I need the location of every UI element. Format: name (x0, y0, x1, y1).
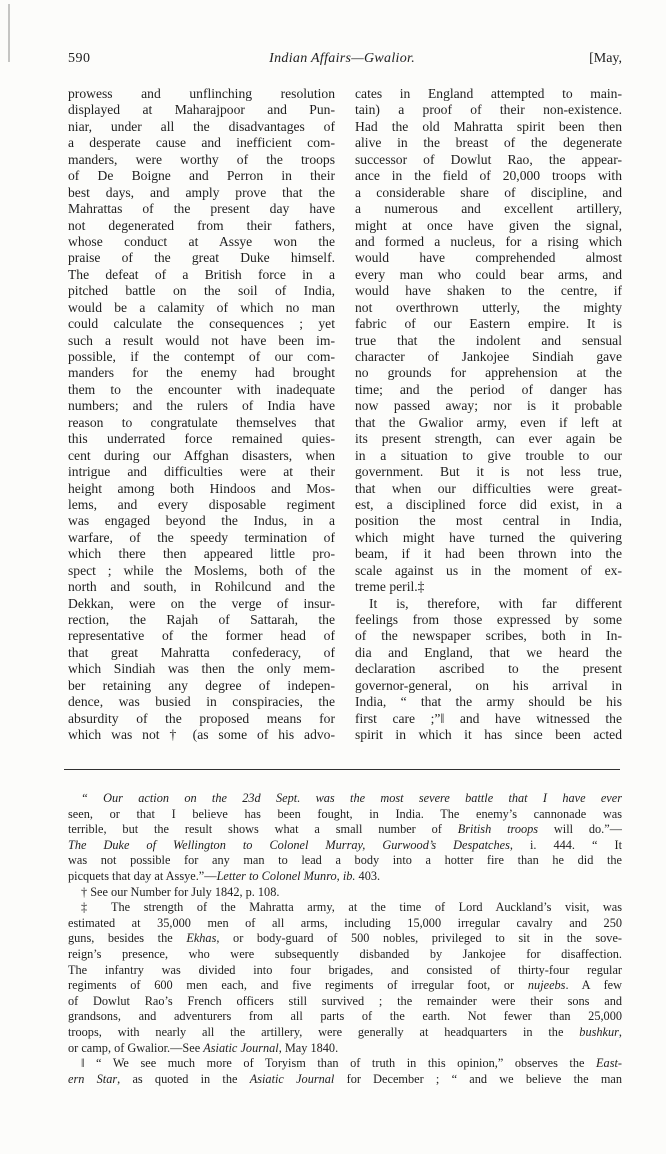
running-title: Indian Affairs—Gwalior. (269, 51, 415, 67)
text-line: declaration ascribed to the present (355, 661, 622, 677)
text-line: possible, if the contempt of our com- (68, 349, 335, 365)
text-line: est, a disciplined force did exist, in a (355, 497, 622, 513)
text-line: ern Star, as quoted in the Asiatic Journ… (68, 1072, 622, 1088)
text-line: manders, were worthy of the troops (68, 152, 335, 168)
text-line: was engaged beyond the Indus, in a (68, 513, 335, 529)
left-column: prowess and unflinching resolutiondispla… (68, 86, 335, 744)
text-line: which there then appeared little pro- (68, 546, 335, 562)
text-line: niar, under all the disadvantages of (68, 119, 335, 135)
text-line: successor of Dowlut Rao, the appear- (355, 152, 622, 168)
text-line: Had the old Mahratta spirit been then (355, 119, 622, 135)
footnotes-block: “ Our action on the 23d Sept. was the mo… (68, 791, 622, 1087)
text-line: † See our Number for July 1842, p. 108. (68, 885, 622, 901)
text-line: in a situation to give trouble to our (355, 448, 622, 464)
text-line: that when our difficulties were great- (355, 481, 622, 497)
text-line: troops, with nearly all the artillery, w… (68, 1025, 622, 1041)
text-line: first care ;”‖ and have witnessed the (355, 711, 622, 727)
text-line: not overthrown utterly, the mighty (355, 300, 622, 316)
text-line: height among both Hindoos and Mos- (68, 481, 335, 497)
text-line: this underrated force remained quies- (68, 431, 335, 447)
text-line: no grounds for apprehension at the (355, 365, 622, 381)
text-line: “ Our action on the 23d Sept. was the mo… (68, 791, 622, 807)
text-line: terrible, but the result shows what a sm… (68, 822, 622, 838)
text-line: beam, if it had been thrown into the (355, 546, 622, 562)
footnote-separator-rule (64, 769, 620, 770)
text-line: or camp, of Gwalior.—See Asiatic Journal… (68, 1041, 622, 1057)
text-line: Dekkan, were on the verge of insur- (68, 596, 335, 612)
text-line: ‡ The strength of the Mahratta army, at … (68, 900, 622, 916)
text-line: such a result would not have been im- (68, 333, 335, 349)
text-line: ance in the field of 20,000 troops with (355, 168, 622, 184)
text-line: them to the encounter with inadequate (68, 382, 335, 398)
text-line: The Duke of Wellington to Colonel Murray… (68, 838, 622, 854)
text-line: guns, besides the Ekhas, or body-guard o… (68, 931, 622, 947)
text-line: cates in England attempted to main- (355, 86, 622, 102)
text-line: which might have turned the quivering (355, 530, 622, 546)
text-line: government. But it is not less true, (355, 464, 622, 480)
text-line: grandsons, and adventurers from all part… (68, 1009, 622, 1025)
issue-date: [May, (589, 51, 622, 67)
text-line: warfare, of the speedy termination of (68, 530, 335, 546)
text-line: dence, was busied in conspiracies, the (68, 694, 335, 710)
text-line: reason to congratulate themselves that (68, 415, 335, 431)
text-line: a considerable share of discipline, and (355, 185, 622, 201)
text-line: north and south, in Rohilcund and the (68, 579, 335, 595)
text-line: would be a calamity of which no man (68, 300, 335, 316)
text-line: whose conduct at Assye won the (68, 234, 335, 250)
text-line: spirit in which it has since been acted (355, 727, 622, 743)
scanned-page: 590 Indian Affairs—Gwalior. [May, prowes… (0, 0, 666, 1154)
text-line: not degenerated from their fathers, (68, 218, 335, 234)
text-line: fabric of our Eastern empire. It is (355, 316, 622, 332)
text-line: rection, the Rajah of Sattarah, the (68, 612, 335, 628)
right-column: cates in England attempted to main-tain)… (355, 86, 622, 744)
text-line: that the Gwalior army, even if left at (355, 415, 622, 431)
text-line: treme peril.‡ (355, 579, 622, 595)
text-line: every man who could bear arms, and (355, 267, 622, 283)
text-line: intrigue and difficulties were at their (68, 464, 335, 480)
text-line: of De Boigne and Perron in their (68, 168, 335, 184)
page-number: 590 (68, 51, 91, 67)
text-line: praise of the great Duke himself. (68, 250, 335, 266)
text-line: absurdity of the proposed means for (68, 711, 335, 727)
text-line: cent during our Affghan disasters, when (68, 448, 335, 464)
text-line: representative of the former head of (68, 628, 335, 644)
text-line: character of Jankojee Sindiah gave (355, 349, 622, 365)
text-line: spect ; while the Moslems, both of the (68, 563, 335, 579)
text-line: position the most central in India, (355, 513, 622, 529)
text-line: ber retaining any degree of indepen- (68, 678, 335, 694)
text-line: displayed at Maharajpoor and Pun- (68, 102, 335, 118)
text-line: feelings from those expressed by some (355, 612, 622, 628)
text-line: reign’s presence, who were subsequently … (68, 947, 622, 963)
scan-edge-artifact (8, 4, 10, 62)
text-line: might at once have given the signal, (355, 218, 622, 234)
text-line: which Sindiah was then the only mem- (68, 661, 335, 677)
text-line: alive in the breast of the degenerate (355, 135, 622, 151)
text-line: governor-general, on his arrival in (355, 678, 622, 694)
text-line: Mahrattas of the present day have (68, 201, 335, 217)
text-line: was not possible for any man to lead a b… (68, 853, 622, 869)
text-line: and formed a nucleus, for a rising which (355, 234, 622, 250)
text-line: would have shaken to the centre, if (355, 283, 622, 299)
text-line: could calculate the consequences ; yet (68, 316, 335, 332)
text-line: numbers; and the rulers of India have (68, 398, 335, 414)
text-line: scale against us in the moment of ex- (355, 563, 622, 579)
text-line: tain) a proof of their non-existence. (355, 102, 622, 118)
text-line: time; and the period of danger has (355, 382, 622, 398)
text-line: a numerous and excellent artillery, (355, 201, 622, 217)
text-line: seen, or that I believe has been fought,… (68, 807, 622, 823)
text-line: It is, therefore, with far different (355, 596, 622, 612)
text-line: The defeat of a British force in a (68, 267, 335, 283)
text-line: dia and England, that we heard the (355, 645, 622, 661)
text-line: that great Mahratta confederacy, of (68, 645, 335, 661)
text-line: which was not † (as some of his advo- (68, 727, 335, 743)
text-line: lems, and every disposable regiment (68, 497, 335, 513)
text-line: India, “ that the army should be his (355, 694, 622, 710)
text-line: its present strength, can ever again be (355, 431, 622, 447)
text-line: manders for the enemy had brought (68, 365, 335, 381)
text-line: best days, and amply prove that the (68, 185, 335, 201)
text-line: ‖ “ We see much more of Toryism than of … (68, 1056, 622, 1072)
text-line: a desperate cause and inefficient com- (68, 135, 335, 151)
text-line: picquets that day at Assye.”—Letter to C… (68, 869, 622, 885)
text-line: of the newspaper scribes, both in In- (355, 628, 622, 644)
body-columns: prowess and unflinching resolutiondispla… (68, 86, 622, 744)
text-line: The infantry was divided into four briga… (68, 963, 622, 979)
text-line: pitched battle on the soil of India, (68, 283, 335, 299)
text-line: would have comprehended almost (355, 250, 622, 266)
text-line: regiments of 600 men each, and five regi… (68, 978, 622, 994)
text-line: of Dowlut Rao’s French officers still su… (68, 994, 622, 1010)
text-line: true that the indolent and sensual (355, 333, 622, 349)
page-header: 590 Indian Affairs—Gwalior. [May, (68, 51, 622, 71)
text-line: now passed away; nor is it probable (355, 398, 622, 414)
text-line: estimated at 35,000 men of all arms, inc… (68, 916, 622, 932)
text-line: prowess and unflinching resolution (68, 86, 335, 102)
